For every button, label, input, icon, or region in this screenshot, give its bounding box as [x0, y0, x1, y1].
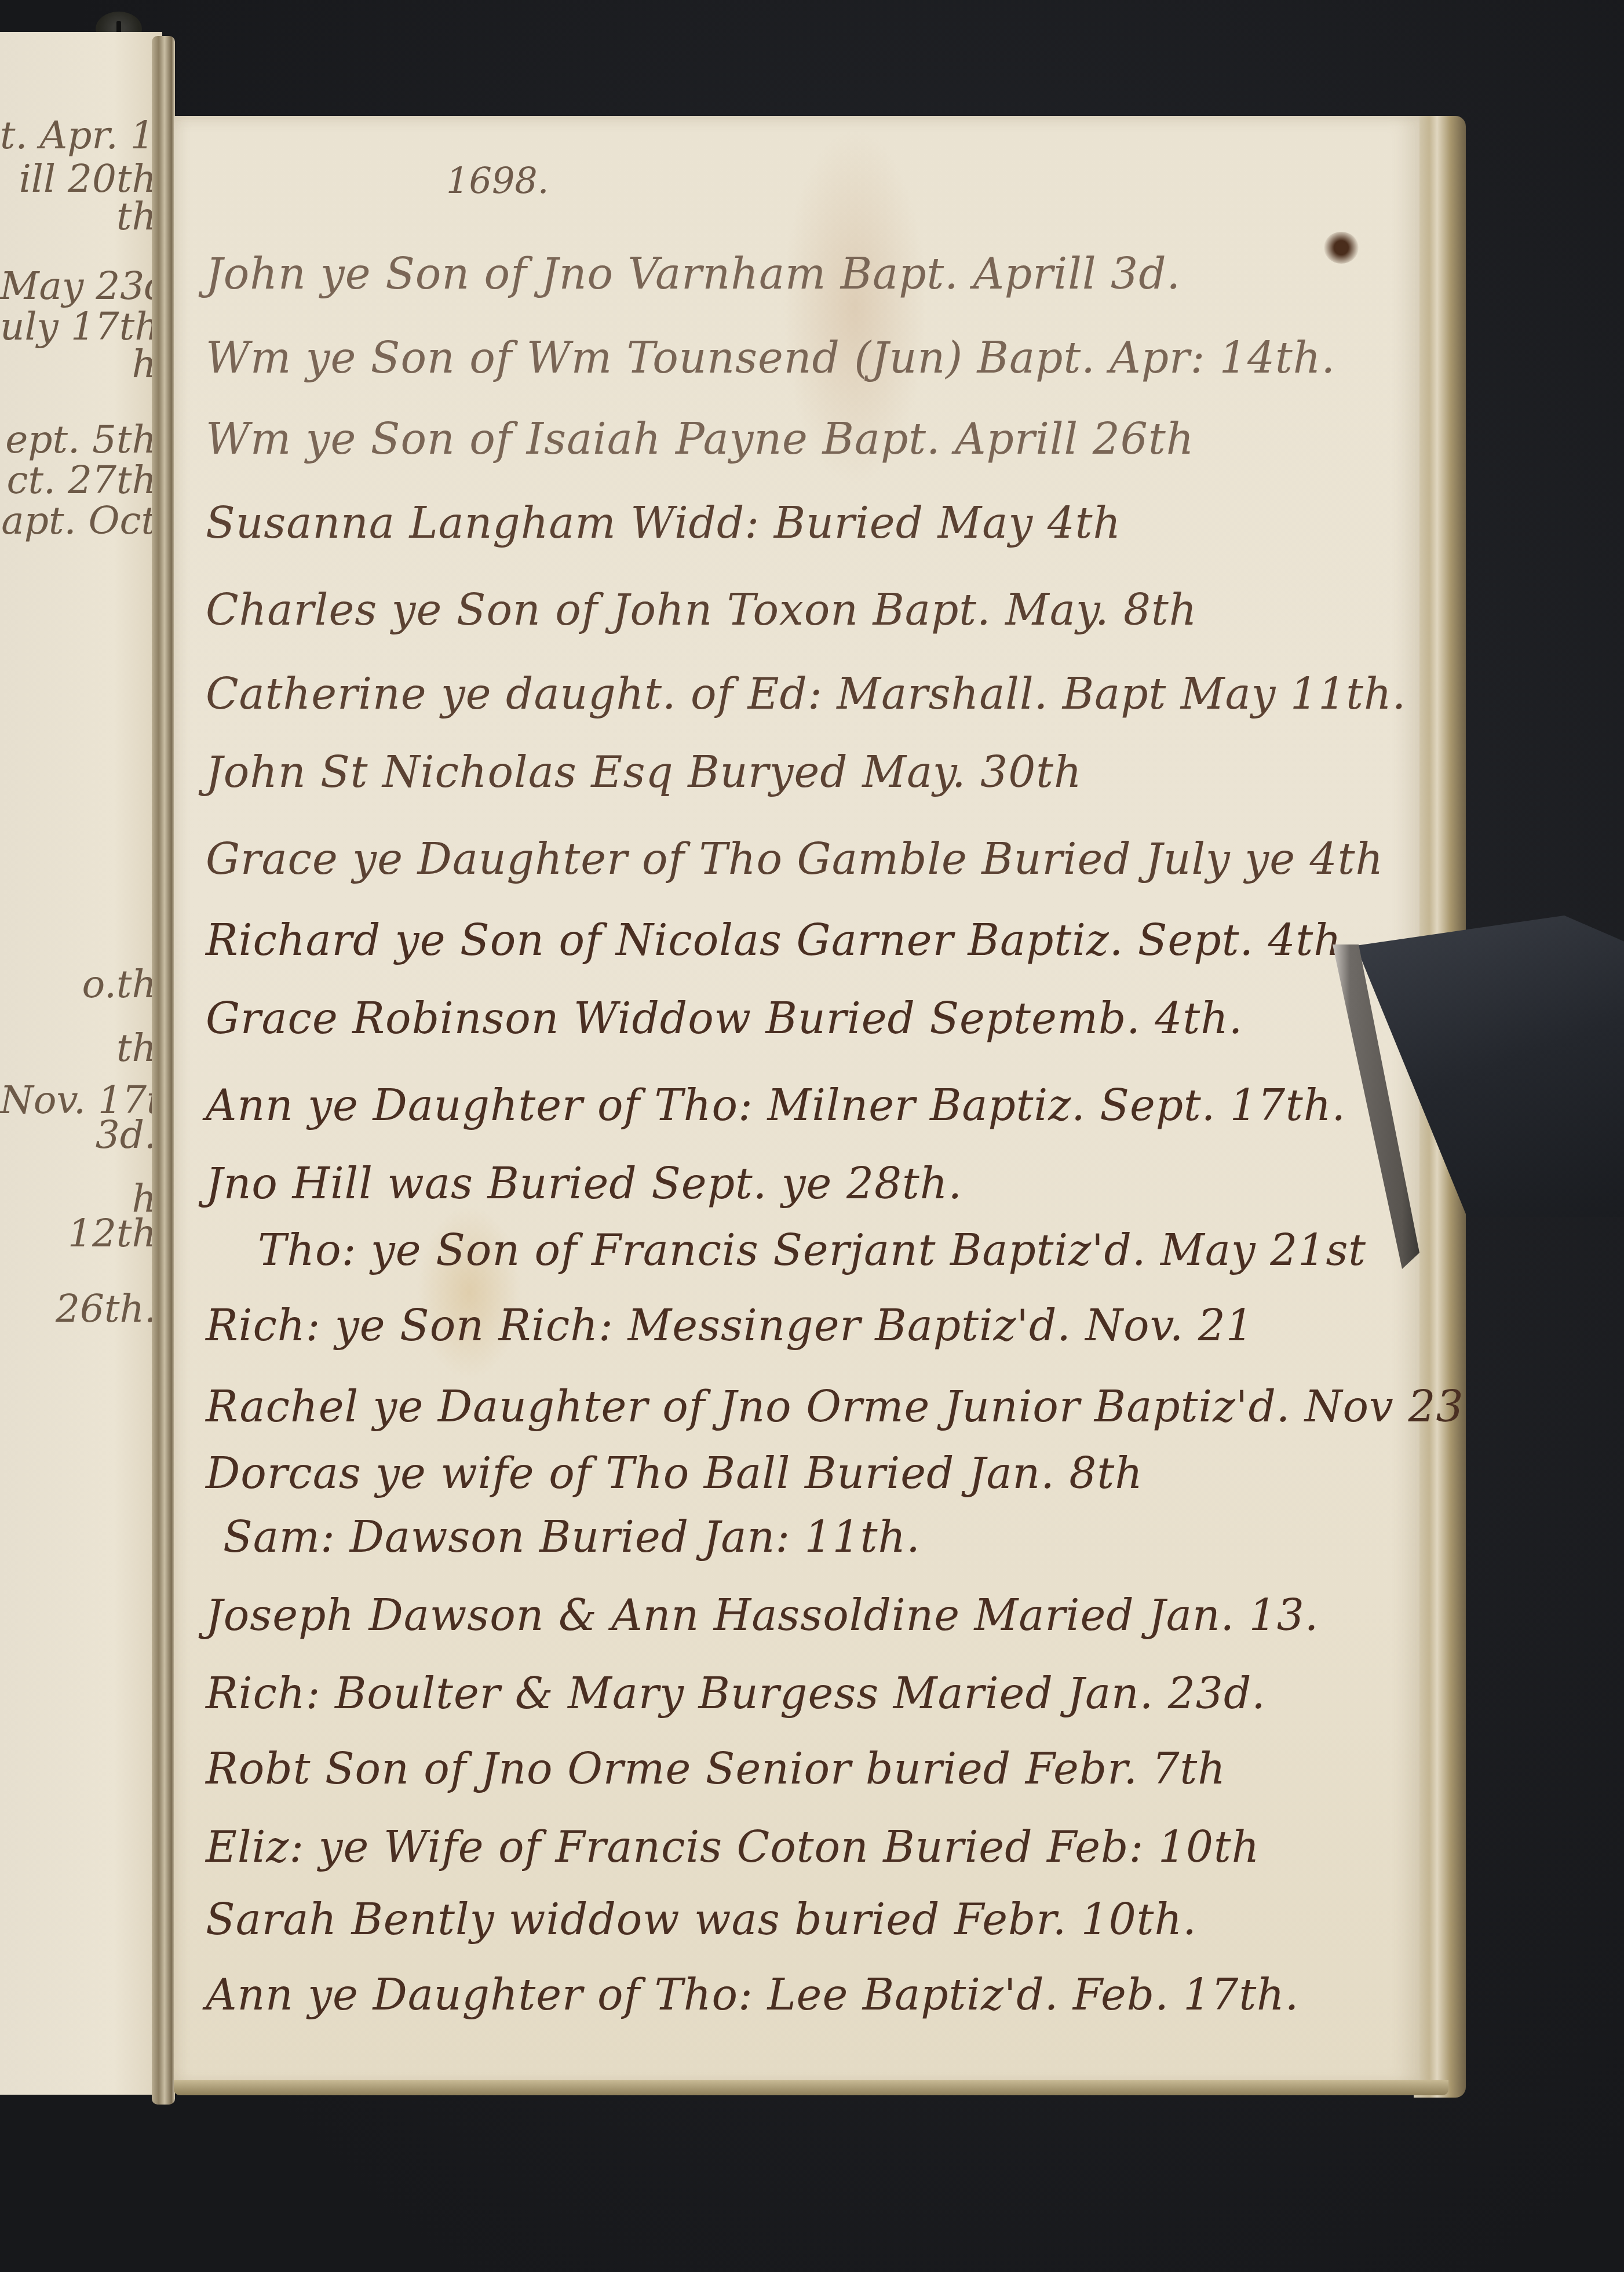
left-page-fragment: 12th — [0, 1211, 156, 1256]
register-entry: Wm ye Son of Wm Tounsend (Jun) Bapt. Apr… — [206, 333, 1335, 383]
register-entry: Ann ye Daughter of Tho: Lee Baptiz'd. Fe… — [206, 1970, 1299, 2020]
register-entry: Wm ye Son of Isaiah Payne Bapt. Aprill 2… — [206, 414, 1194, 464]
register-entry: Grace Robinson Widdow Buried Septemb. 4t… — [206, 994, 1243, 1044]
register-entry: Tho: ye Son of Francis Serjant Baptiz'd.… — [258, 1226, 1366, 1275]
register-entry: Susanna Langham Widd: Buried May 4th — [206, 498, 1121, 548]
register-entry: Ann ye Daughter of Tho: Milner Baptiz. S… — [206, 1081, 1346, 1130]
left-page: t. Apr. 18thill 20ththMay 23duly 17thhep… — [0, 32, 162, 2095]
register-entry: Sarah Bently widdow was buried Febr. 10t… — [206, 1895, 1197, 1945]
left-page-fragment: 3d. — [0, 1113, 156, 1157]
left-page-fragment: t. Apr. 18th — [0, 113, 156, 158]
register-entry: Joseph Dawson & Ann Hassoldine Maried Ja… — [206, 1591, 1319, 1640]
page-bottom-edge — [174, 2080, 1448, 2095]
year-heading: 1698. — [446, 159, 549, 202]
register-entry: Dorcas ye wife of Tho Ball Buried Jan. 8… — [206, 1449, 1143, 1498]
page-clip — [1333, 916, 1624, 1275]
left-page-fragment: h — [0, 342, 156, 386]
left-page-fragment: ct. 27th — [0, 458, 156, 502]
left-page-fragment: th — [0, 194, 156, 239]
left-page-fragment: o.th — [0, 962, 156, 1006]
register-entry: Jno Hill was Buried Sept. ye 28th. — [206, 1159, 962, 1209]
left-page-fragment: th — [0, 1026, 156, 1070]
register-entry: Rich: ye Son Rich: Messinger Baptiz'd. N… — [206, 1301, 1254, 1351]
register-entry: Catherine ye daught. of Ed: Marshall. Ba… — [206, 669, 1406, 719]
left-page-fragment: apt. Oct — [0, 498, 156, 543]
register-entry: Eliz: ye Wife of Francis Coton Buried Fe… — [206, 1822, 1260, 1872]
register-entry: Robt Son of Jno Orme Senior buried Febr.… — [206, 1744, 1226, 1794]
book-gutter — [152, 36, 175, 2105]
register-entry: Grace ye Daughter of Tho Gamble Buried J… — [206, 834, 1384, 884]
register-entry: Rich: Boulter & Mary Burgess Maried Jan.… — [206, 1669, 1266, 1719]
register-entry: Rachel ye Daughter of Jno Orme Junior Ba… — [206, 1382, 1464, 1432]
left-page-fragment: May 23d — [0, 264, 156, 308]
register-entry: John ye Son of Jno Varnham Bapt. Aprill … — [206, 249, 1181, 299]
register-entry: John St Nicholas Esq Buryed May. 30th — [206, 747, 1082, 797]
left-page-fragment: 26th. — [0, 1286, 156, 1331]
ink-blot — [1324, 232, 1359, 264]
left-page-fragment: ept. 5th — [0, 417, 156, 462]
register-entry: Sam: Dawson Buried Jan: 11th. — [223, 1512, 921, 1562]
register-entry: Charles ye Son of John Toxon Bapt. May. … — [206, 585, 1197, 635]
register-entry: Richard ye Son of Nicolas Garner Baptiz.… — [206, 916, 1342, 965]
